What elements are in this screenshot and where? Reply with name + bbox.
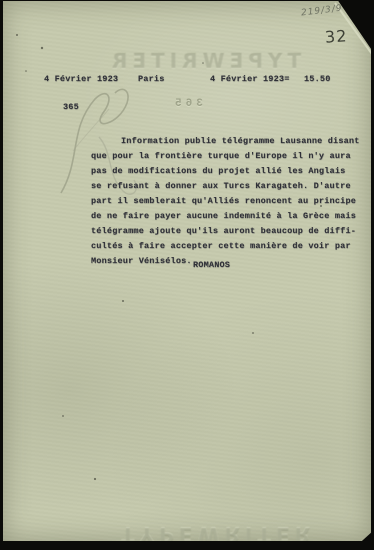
- body-line: de ne faire payer aucune indemnité à la …: [91, 209, 357, 224]
- page-number-annotation: 32: [324, 26, 348, 47]
- date-right: 4 Février 1923=: [210, 74, 290, 84]
- scan-edge-bottom: [0, 541, 374, 550]
- scan-edge-left: [0, 0, 3, 550]
- body-line: que pour la frontière turque d'Europe il…: [91, 149, 357, 164]
- ghost-number-bleedthrough: 365: [171, 98, 203, 110]
- body-line: se refusant à donner aux Turcs Karagateh…: [91, 179, 357, 194]
- place: Paris: [138, 74, 165, 84]
- telegram-body: Information publie télégramme Lausanne d…: [91, 134, 357, 269]
- dispatch-number: 365: [63, 102, 79, 112]
- body-line: cultés à faire accepter cette manière de…: [91, 239, 357, 254]
- body-line: pas de modifications du projet allié les…: [91, 164, 357, 179]
- body-line: télégramme ajoute qu'ils auront beaucoup…: [91, 224, 357, 239]
- time: 15.50: [304, 74, 331, 84]
- telegram-page: TYPEWRITER TYPEWRITER 365 4 Février 1923…: [3, 1, 371, 541]
- paper-watermark-top: TYPEWRITER: [107, 49, 301, 73]
- date-left: 4 Février 1923: [44, 74, 118, 84]
- body-line: Information publie télégramme Lausanne d…: [91, 134, 357, 149]
- archive-reference-annotation: 219/3/9: [301, 3, 344, 18]
- scan-edge-top: [0, 0, 374, 1]
- signature: ROMANOS: [193, 260, 230, 270]
- body-line: part il semblerait qu'Alliés renoncent a…: [91, 194, 357, 209]
